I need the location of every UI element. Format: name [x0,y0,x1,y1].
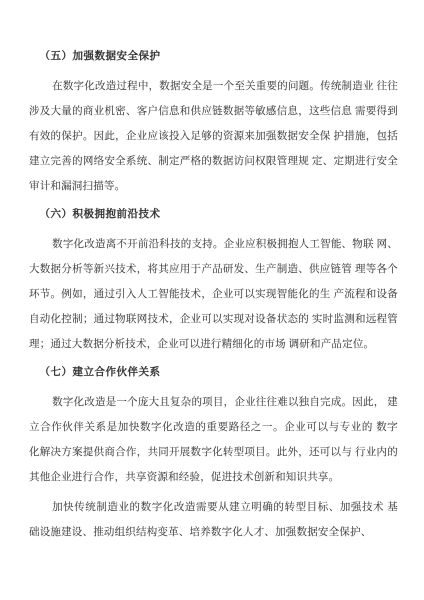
text-line: 有效的保护。因此，企业应该投入足够的资源来加强数据安全保 护措施，包括 [29,124,398,149]
text-line: 数字化改造离不开前沿科技的支持。企业应积极拥抱人工智能、物联 网、 [29,232,398,257]
text-line: 涉及大量的商业机密、客户信息和供应链数据等敏感信息，这些信息 需要得到 [29,99,398,124]
section-7-paragraph: 数字化改造是一个庞大且复杂的项目，企业往往难以独自完成。因此， 建 立合作伙伴关… [29,390,398,490]
text-line: 化解决方案提供商合作，共同开展数字化转型项目。此外，还可以与 行业内的 [29,440,398,465]
text-line: 础设施建设、推动组织结构变革、培养数字化人才、加强数据安全保护、 [29,520,398,545]
text-line: 立合作伙伴关系是加快数字化改造的重要路径之一。企业可以与专业的 数字 [29,415,398,440]
section-6-paragraph: 数字化改造离不开前沿科技的支持。企业应积极拥抱人工智能、物联 网、 大数据分析等… [29,232,398,357]
text-line: 建立完善的网络安全系统、制定严格的数据访问权限管理规 定、定期进行安全 [29,149,398,174]
section-5-paragraph: 在数字化改造过程中，数据安全是一个至关重要的问题。传统制造业 往往 涉及大量的商… [29,74,398,199]
text-line: 审计和漏洞扫描等。 [29,174,398,199]
section-5-heading: （五）加强数据安全保护 [29,44,398,69]
text-line: 数字化改造是一个庞大且复杂的项目，企业往往难以独自完成。因此， 建 [29,390,398,415]
text-line: 理；通过大数据分析技术，企业可以进行精细化的市场 调研和产品定位。 [29,332,398,357]
text-line: 在数字化改造过程中，数据安全是一个至关重要的问题。传统制造业 往往 [29,74,398,99]
text-line: 其他企业进行合作，共享资源和经验，促进技术创新和知识共享。 [29,465,398,490]
text-line: 加快传统制造业的数字化改造需要从建立明确的转型目标、加强技术 基 [29,495,398,520]
text-line: 自动化控制；通过物联网技术，企业可以实现对设备状态的 实时监测和远程管 [29,307,398,332]
text-line: 大数据分析等新兴技术，将其应用于产品研发、生产制造、供应链管 理等各个 [29,257,398,282]
section-6-heading: （六）积极拥抱前沿技术 [29,202,398,227]
section-7-heading: （七）建立合作伙伴关系 [29,360,398,385]
text-line: 环节。例如，通过引入人工智能技术，企业可以实现智能化的生 产流程和设备 [29,282,398,307]
document-page: （五）加强数据安全保护 在数字化改造过程中，数据安全是一个至关重要的问题。传统制… [0,0,424,600]
closing-paragraph: 加快传统制造业的数字化改造需要从建立明确的转型目标、加强技术 基 础设施建设、推… [29,495,398,545]
